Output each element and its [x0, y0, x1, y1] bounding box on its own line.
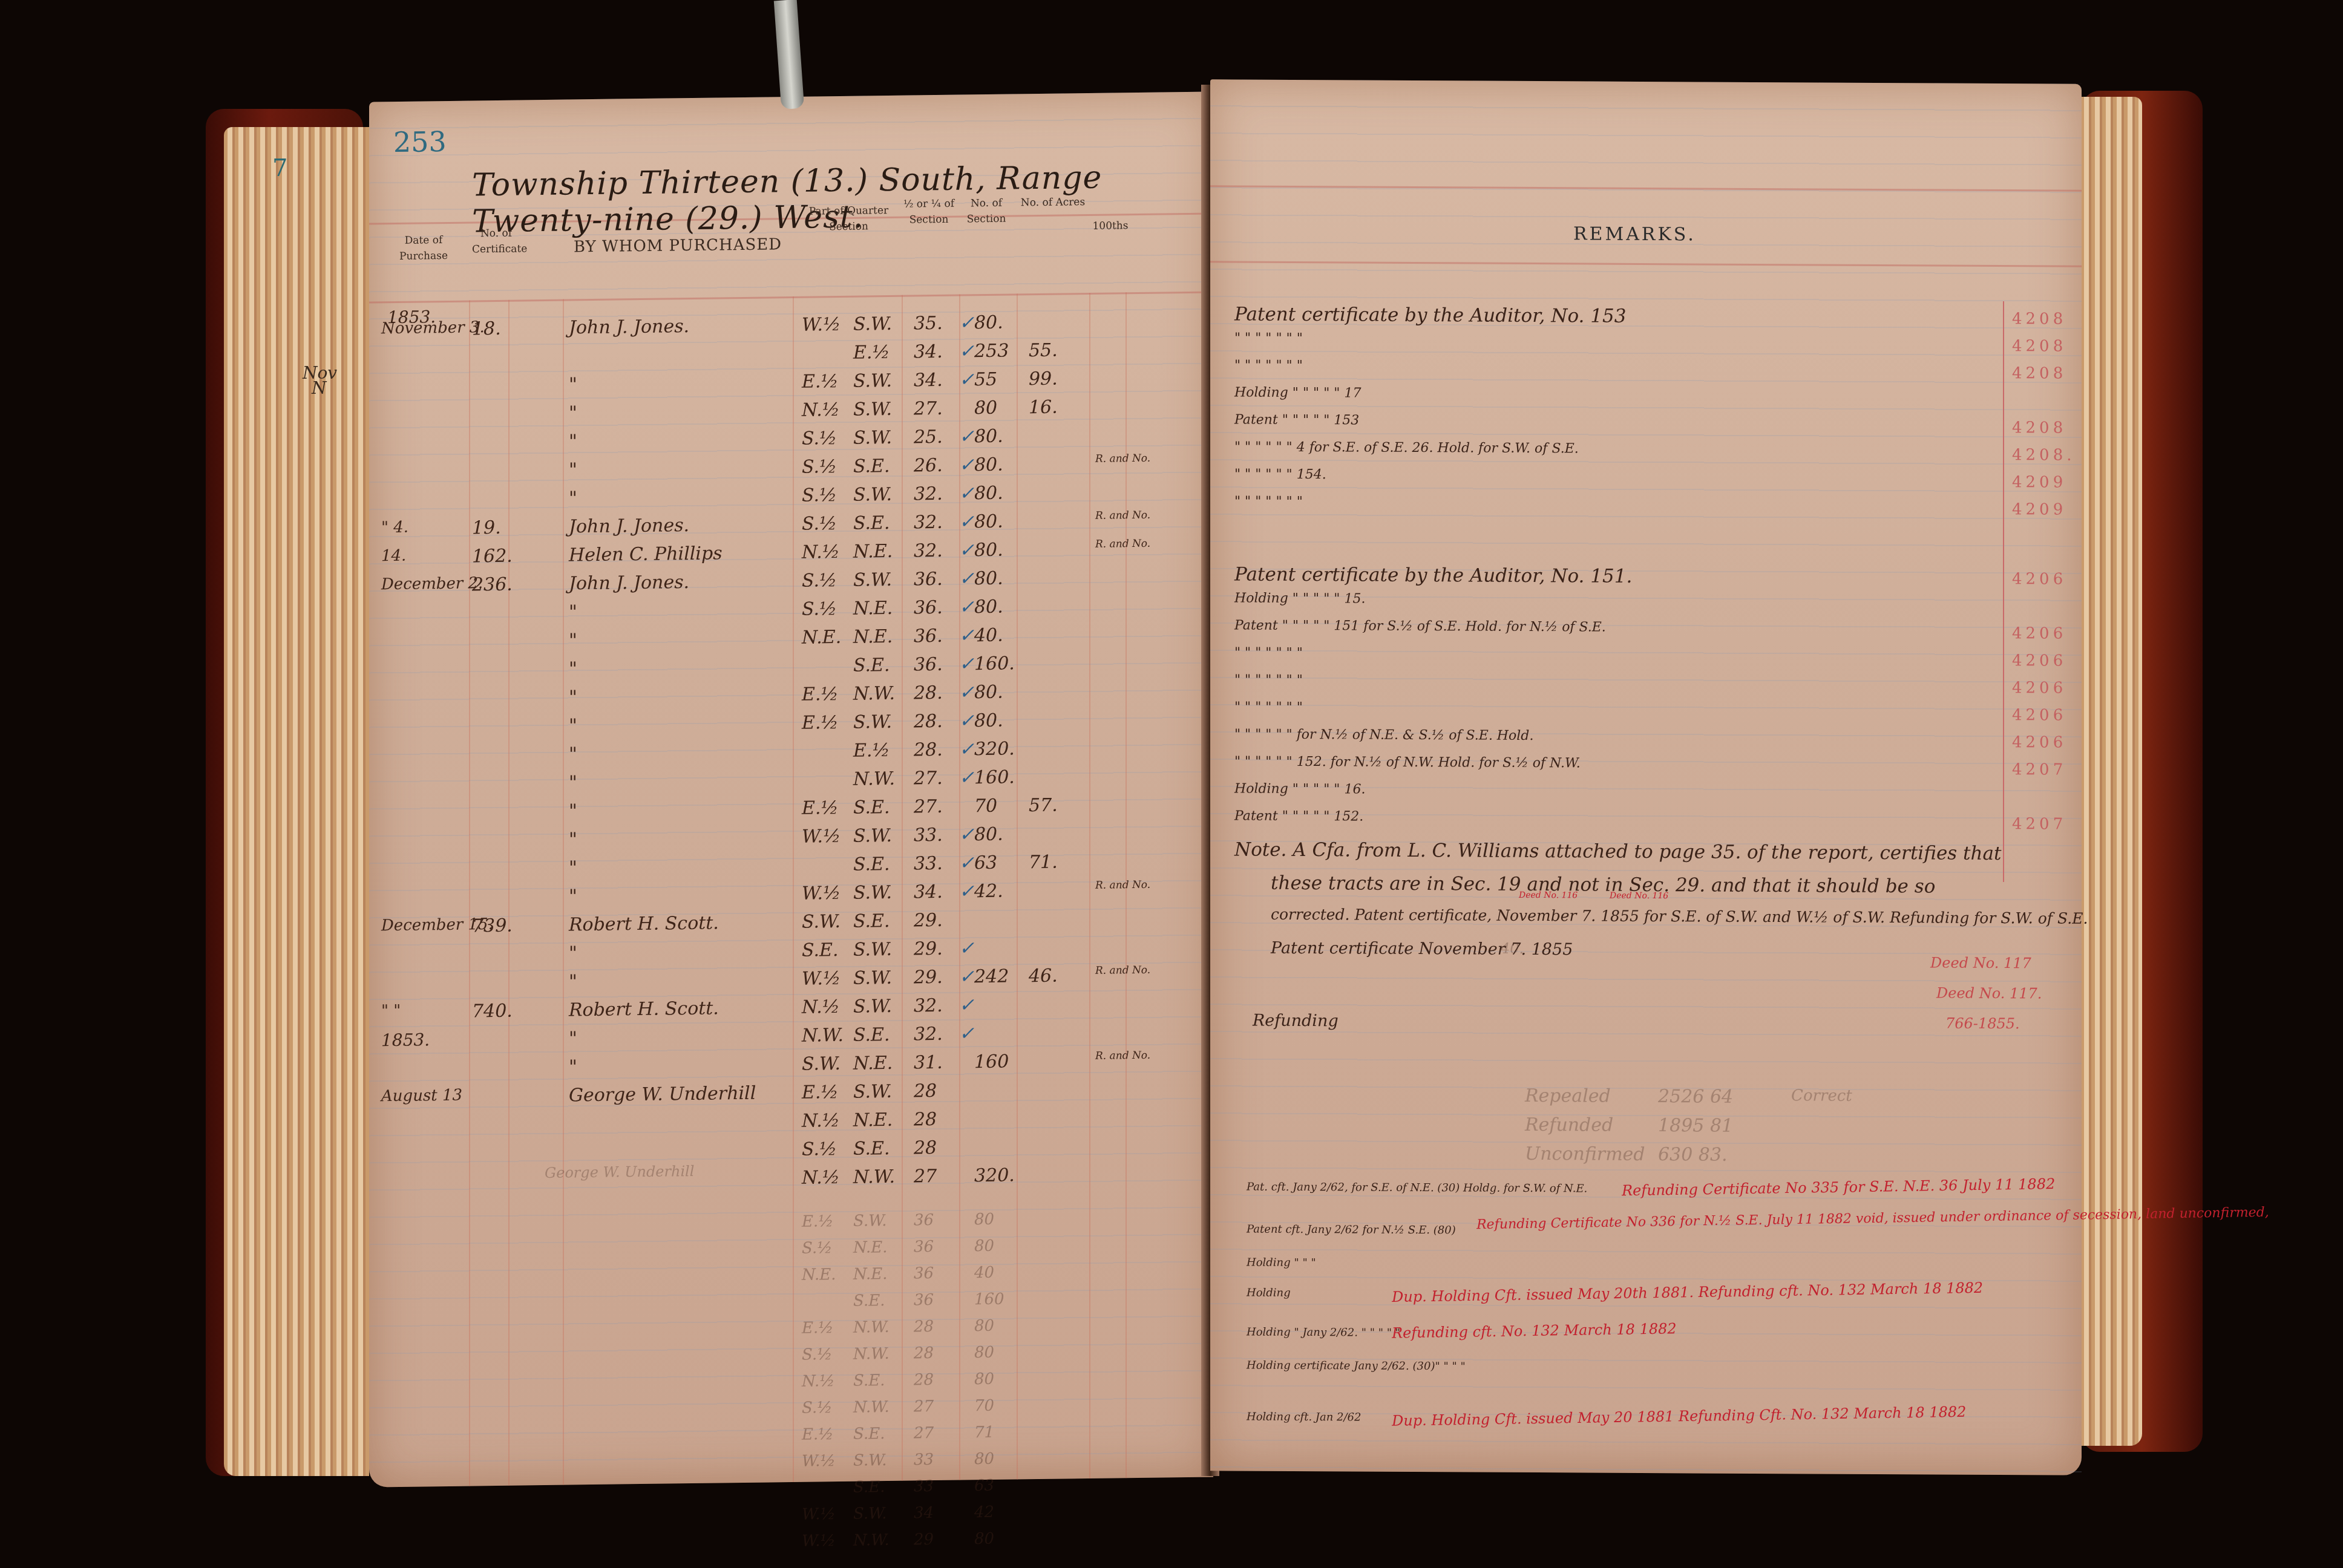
cell-name: John J. Jones.: [569, 515, 689, 537]
cell-part: E.½: [802, 1082, 839, 1103]
col-header-date: Date of Purchase: [384, 233, 463, 265]
cell-name: Helen C. Phillips: [569, 543, 723, 566]
cell-part: S.½: [802, 485, 837, 506]
cell-name: ": [569, 630, 577, 651]
cell-quarter: N.E.: [853, 1053, 893, 1074]
cell-quarter: S.E.: [853, 1292, 885, 1310]
cell-acres: 40.: [974, 625, 1003, 647]
col-header-acres: No. of Acres: [1017, 195, 1089, 211]
cell-quarter: S.E.: [853, 1478, 885, 1497]
metal-bookmark-clip: [774, 0, 804, 109]
cell-quarter: N.W.: [853, 1398, 890, 1417]
cell-quarter: S.E.: [853, 910, 890, 932]
cell-name: ": [569, 829, 577, 850]
cell-quarter: S.W.: [853, 313, 892, 335]
cell-acres: 80.: [974, 426, 1003, 448]
cell-part: N.½: [802, 1372, 835, 1391]
cell-section: 28: [914, 1318, 934, 1336]
col-header-part: Part of Quarter Section: [802, 203, 896, 235]
cell-acres: 70: [974, 1397, 994, 1415]
cell-section: 36: [914, 1291, 934, 1309]
cell-quarter: N.W.: [853, 1318, 890, 1337]
red-annotation: Deed No. 116: [1610, 891, 1668, 901]
cell-part: N.E.: [802, 627, 841, 648]
note-line: these tracts are in Sec. 19 and not in S…: [1271, 872, 1935, 898]
cell-section: 27: [914, 1424, 934, 1442]
auditor-ref: 4208.: [2012, 446, 2075, 465]
cell-check: ✓: [959, 739, 974, 760]
cell-acres: 80: [974, 1237, 994, 1255]
col-header-certificate: No. of Certificate: [472, 226, 520, 257]
col-header-section: No. of Section: [959, 196, 1014, 227]
cell-section: 36.: [914, 654, 943, 676]
cell-section: 33: [914, 1451, 934, 1469]
cell-part: W.½: [802, 1452, 836, 1471]
page-number: 253: [393, 125, 447, 158]
cell-quarter: N.W.: [853, 1345, 890, 1364]
cell-remark: R. and No.: [1095, 509, 1150, 522]
cell-section: 32.: [914, 995, 943, 1017]
cell-quarter: N.E.: [853, 541, 893, 563]
cell-remark: R. and No.: [1095, 538, 1150, 550]
cell-part: E.½: [802, 1319, 833, 1338]
cell-check: ✓: [959, 483, 974, 504]
cell-check: ✓: [959, 511, 974, 532]
total-value: 630 83.: [1658, 1144, 1728, 1166]
cell-section: 32.: [914, 540, 943, 562]
cell-quarter: S.W.: [853, 1504, 887, 1523]
cell-check: ✓: [959, 341, 974, 362]
cell-section: 36.: [914, 626, 943, 647]
cell-cert: 162.: [472, 546, 513, 567]
cell-date: August 13: [381, 1086, 462, 1106]
cell-section: 36: [914, 1211, 934, 1229]
cell-section: 28: [914, 1109, 937, 1130]
cell-acres: 160.: [974, 766, 1015, 788]
cell-acres: 160.: [974, 653, 1015, 675]
cell-acres: 80: [974, 1317, 994, 1335]
cell-check: ✓: [959, 454, 974, 475]
cell-acres: 80: [974, 1370, 994, 1388]
cell-acres: 80.: [974, 540, 1003, 561]
cell-name: John J. Jones.: [569, 316, 689, 338]
cell-section: 28.: [914, 682, 943, 704]
cell-date: " ": [381, 1002, 401, 1020]
remark-line: " " " " " " ": [1234, 330, 1303, 346]
cell-acres: 71: [974, 1423, 994, 1442]
cell-section: 27: [914, 1397, 934, 1416]
cell-quarter: S.E.: [853, 456, 890, 477]
remark-line: Holding " " " " " 15.: [1234, 590, 1365, 606]
cell-section: 36.: [914, 597, 943, 619]
cell-quarter: S.E.: [853, 512, 890, 534]
cell-section: 35.: [914, 313, 943, 335]
cell-check: ✓: [959, 767, 974, 788]
cell-remark: R. and No.: [1095, 452, 1150, 465]
cell-name: ": [569, 743, 577, 765]
cell-quarter: S.W.: [853, 1081, 892, 1103]
faint-entry-name: George W. Underhill: [545, 1163, 694, 1181]
cell-section: 32.: [914, 512, 943, 534]
remark-line: " " " " " " for N.½ of N.E. & S.½ of S.E…: [1234, 727, 1533, 743]
total-tag: Correct: [1791, 1086, 1852, 1105]
cell-section: 29.: [914, 938, 943, 960]
cell-acres: 253: [974, 341, 1009, 362]
cell-part: W.½: [802, 826, 841, 848]
cell-acres: 55: [974, 369, 997, 390]
cell-acres: 63: [974, 1477, 994, 1495]
cell-section: 28.: [914, 711, 943, 733]
cell-acres: 42: [974, 1503, 994, 1521]
cell-section: 25.: [914, 426, 943, 448]
auditor-ref: 4206: [2012, 679, 2066, 697]
cell-date: December 2.: [381, 574, 483, 593]
note-line: Note. A Cfa. from L. C. Williams attache…: [1234, 838, 2001, 864]
cell-section: 34.: [914, 370, 943, 391]
cell-name: ": [569, 772, 577, 793]
cell-cert: 236.: [472, 574, 513, 596]
cell-quarter: N.W.: [853, 768, 895, 790]
cell-quarter: S.W.: [853, 996, 892, 1018]
ledger-page-right: REMARKS. Patent certificate by the Audit…: [1210, 79, 2082, 1475]
cell-acres: 80.: [974, 682, 1003, 704]
cell-hundredths: 46.: [1029, 965, 1058, 987]
deed-ref: 766-1855.: [1945, 1015, 2020, 1033]
auditor-ref: 4207: [2012, 760, 2066, 779]
cell-acres: 80.: [974, 483, 1003, 505]
cell-acres: 40: [974, 1264, 994, 1282]
cell-name: ": [569, 459, 577, 480]
cell-part: S.½: [802, 570, 837, 592]
cell-acres: 80: [974, 1450, 994, 1468]
cell-name: ": [569, 800, 577, 822]
auditor-ref: 4208: [2012, 419, 2066, 437]
cell-name: ": [569, 374, 577, 395]
cell-section: 28.: [914, 739, 943, 761]
cell-acres: 80: [974, 1210, 994, 1229]
cell-quarter: S.W.: [853, 939, 892, 961]
cell-hundredths: 57.: [1029, 795, 1058, 817]
cell-part: N.½: [802, 541, 840, 563]
col-header-hundredths: 100ths: [1089, 218, 1132, 234]
remark-line: " " " " " " ": [1234, 672, 1303, 688]
total-label: Unconfirmed: [1525, 1143, 1645, 1165]
cell-check: ✓: [959, 653, 974, 675]
cell-part: S.½: [802, 513, 837, 535]
remark-line: " " " " " " ": [1234, 645, 1303, 661]
remark-line: Holding " " " " " 16.: [1234, 781, 1365, 797]
cell-cert: 740.: [472, 1001, 513, 1022]
total-label: Repealed: [1525, 1085, 1611, 1107]
remark-line: " " " " " " 152. for N.½ of N.W. Hold. f…: [1234, 754, 1581, 771]
cell-check: ✓: [959, 852, 974, 874]
col-header-half-quarter: ½ or ¼ of Section: [902, 197, 956, 228]
cell-part: N.½: [802, 996, 840, 1018]
cell-acres: 63: [974, 852, 997, 874]
cell-quarter: N.W.: [853, 683, 895, 705]
remark-line: Patent certificate by the Auditor, No. 1…: [1234, 303, 1626, 327]
total-value: 1895 81: [1658, 1115, 1733, 1137]
cell-section: 27.: [914, 796, 943, 818]
cell-acres: 80.: [974, 511, 1003, 533]
remark-line: Patent " " " " " 152.: [1234, 808, 1363, 824]
cell-quarter: S.W.: [853, 967, 892, 989]
cell-part: E.½: [802, 797, 839, 819]
cell-hundredths: 71.: [1029, 852, 1058, 874]
cell-name: George W. Underhill: [569, 1083, 756, 1106]
cell-part: W.½: [802, 1532, 836, 1550]
cell-acres: 160: [974, 1290, 1004, 1309]
cell-section: 27: [914, 1166, 937, 1187]
cell-quarter: S.W.: [853, 1451, 887, 1470]
auditor-ref: 4207: [2012, 815, 2066, 833]
cell-acres: 80.: [974, 454, 1003, 476]
cell-acres: 80.: [974, 568, 1003, 590]
cell-quarter: S.W.: [853, 370, 892, 392]
cell-section: 29.: [914, 910, 943, 932]
cell-cert: 18.: [472, 318, 501, 340]
cell-quarter: N.E.: [853, 1109, 893, 1131]
cell-cert: 19.: [472, 517, 501, 539]
cell-part: W.½: [802, 1505, 836, 1524]
cell-section: 28: [914, 1344, 934, 1362]
cell-part: N.½: [802, 1110, 840, 1132]
cell-name: ": [569, 431, 577, 452]
cell-part: N.E.: [802, 1266, 836, 1284]
cell-quarter: E.½: [853, 740, 890, 762]
cell-acres: 160: [974, 1051, 1009, 1073]
cell-quarter: S.E.: [853, 1425, 885, 1443]
cell-quarter: S.E.: [853, 1024, 890, 1046]
total-value: 2526 64: [1658, 1086, 1733, 1108]
cell-section: 28: [914, 1080, 937, 1102]
cell-part: E.½: [802, 1425, 833, 1444]
remark-line: Patent " " " " " 153: [1234, 412, 1359, 428]
cell-acres: 320.: [974, 1165, 1015, 1186]
cell-hundredths: 55.: [1029, 340, 1058, 362]
remark-line: " " " " " " 154.: [1234, 466, 1326, 482]
reference-column-rule: [2003, 301, 2004, 882]
red-annotation: Deed No. 116: [1519, 890, 1578, 901]
cell-part: S.W.: [802, 911, 841, 933]
col-header-purchaser: BY WHOM PURCHASED: [569, 233, 787, 259]
cell-name: ": [569, 715, 577, 736]
cell-part: W.½: [802, 968, 841, 990]
cell-check: ✓: [959, 966, 974, 987]
remark-line: " " " " " " ": [1234, 494, 1303, 509]
auditor-ref: 4208: [2012, 364, 2066, 382]
cell-name: ": [569, 488, 577, 509]
cell-section: 26.: [914, 455, 943, 477]
cell-section: 29.: [914, 967, 943, 988]
cell-date: " 4.: [381, 518, 408, 537]
cell-acres: 320.: [974, 738, 1015, 760]
cell-check: ✓: [959, 625, 974, 646]
cell-quarter: N.E.: [853, 626, 893, 648]
cell-part: S.½: [802, 456, 837, 478]
cell-remark: R. and No.: [1095, 1050, 1150, 1062]
lower-entry-black: Holding " " ": [1247, 1256, 1316, 1270]
cell-name: ": [569, 857, 577, 878]
lower-entry-black: Holding cft. Jan 2/62: [1247, 1411, 1362, 1424]
cell-section: 32.: [914, 483, 943, 505]
total-label: Refunded: [1525, 1114, 1613, 1136]
cell-part: N.W.: [802, 1025, 844, 1047]
cell-name: ": [569, 1028, 577, 1049]
cell-check: ✓: [959, 568, 974, 589]
cell-acres: 80: [974, 1344, 994, 1362]
cell-name: ": [569, 971, 577, 992]
cell-quarter: N.W.: [853, 1166, 895, 1188]
cell-name: ": [569, 1056, 577, 1077]
remark-line: " " " " " " ": [1234, 358, 1303, 373]
cell-section: 27.: [914, 768, 943, 789]
cell-quarter: S.W.: [853, 711, 892, 733]
lower-entry-black: Pat. cft. Jany 2/62, for S.E. of N.E. (3…: [1247, 1181, 1587, 1195]
cell-section: 33: [914, 1477, 934, 1495]
auditor-ref: 4208: [2012, 337, 2066, 355]
cell-section: 34: [914, 1504, 934, 1522]
cell-part: S.½: [802, 1239, 832, 1258]
cell-date: 14.: [381, 547, 406, 566]
cell-check: ✓: [959, 596, 974, 618]
remark-line: Holding " " " " " 17: [1234, 385, 1361, 400]
cell-part: S.E.: [802, 939, 838, 961]
auditor-ref: 4206: [2012, 652, 2066, 670]
cell-quarter: N.E.: [853, 1238, 888, 1257]
cell-check: ✓: [959, 824, 974, 845]
cell-part: W.½: [802, 883, 841, 904]
cell-acres: 80: [974, 397, 997, 419]
cell-part: W.½: [802, 314, 841, 336]
cell-acres: 242: [974, 966, 1009, 988]
auditor-ref: 4206: [2012, 733, 2066, 751]
cell-acres: 42.: [974, 881, 1003, 903]
cell-check: ✓: [959, 540, 974, 561]
cell-check: ✓: [959, 1023, 974, 1044]
faint-note: 40.: [1501, 940, 1524, 957]
cell-section: 34.: [914, 341, 943, 363]
cell-quarter: N.E.: [853, 598, 893, 619]
cell-quarter: S.E.: [853, 854, 890, 875]
cell-section: 34.: [914, 881, 943, 903]
cell-part: N.½: [802, 1167, 840, 1189]
cell-part: S.½: [802, 598, 837, 620]
auditor-ref: 4206: [2012, 706, 2066, 724]
auditor-ref: 4209: [2012, 473, 2066, 491]
cell-date: November 3.: [381, 318, 485, 338]
remark-line: Patent certificate by the Auditor, No. 1…: [1234, 563, 1632, 587]
cell-check: ✓: [959, 710, 974, 731]
cell-section: 31.: [914, 1052, 943, 1074]
cell-check: ✓: [959, 995, 974, 1016]
cell-name: John J. Jones.: [569, 572, 689, 594]
remark-line: Patent " " " " " 151 for S.½ of S.E. Hol…: [1234, 618, 1606, 635]
cell-remark: R. and No.: [1095, 964, 1150, 977]
cell-hundredths: 99.: [1029, 368, 1058, 390]
cell-name: ": [569, 402, 577, 423]
cell-quarter: E.½: [853, 342, 890, 364]
cell-name: Robert H. Scott.: [569, 912, 719, 935]
auditor-ref: 4208: [2012, 310, 2066, 328]
cell-quarter: S.E.: [853, 1371, 885, 1390]
cell-quarter: S.W.: [853, 427, 892, 449]
cell-quarter: S.E.: [853, 1138, 890, 1160]
cell-name: ": [569, 687, 577, 708]
cell-section: 27.: [914, 398, 943, 420]
page-edges-left: [224, 127, 369, 1476]
cell-section: 29: [914, 1530, 934, 1549]
cell-quarter: S.W.: [853, 882, 892, 904]
cell-section: 28: [914, 1137, 937, 1158]
cell-part: E.½: [802, 371, 839, 393]
ledger-page-left: 253 Township Thirteen (13.) South, Range…: [369, 91, 1213, 1487]
cell-acres: 70: [974, 795, 997, 817]
cell-name: ": [569, 601, 577, 622]
cell-quarter: S.E.: [853, 797, 890, 818]
cell-section: 33.: [914, 853, 943, 875]
cell-section: 36: [914, 1238, 934, 1256]
remark-line: " " " " " " ": [1234, 699, 1303, 715]
cell-section: 32.: [914, 1024, 943, 1045]
cell-name: ": [569, 658, 577, 679]
ruled-lines: [1210, 79, 2082, 1475]
cell-hundredths: 16.: [1029, 397, 1058, 419]
cell-section: 28: [914, 1371, 934, 1389]
edge-tab-number: 7: [272, 154, 287, 182]
lower-entry-black: Holding certificate Jany 2/62. (30)" " "…: [1247, 1359, 1466, 1373]
lower-entry-black: Patent cft. Jany 2/62 for N.½ S.E. (80): [1247, 1223, 1456, 1237]
refunding-label: Refunding: [1253, 1011, 1339, 1031]
cell-section: 36.: [914, 569, 943, 590]
cell-quarter: N.E.: [853, 1265, 888, 1284]
auditor-ref: 4209: [2012, 500, 2066, 518]
cell-quarter: S.W.: [853, 825, 892, 847]
cell-quarter: S.W.: [853, 569, 892, 591]
cell-part: E.½: [802, 1212, 833, 1231]
cell-quarter: N.W.: [853, 1531, 890, 1550]
deed-ref: Deed No. 117.: [1936, 985, 2042, 1002]
cell-part: S.½: [802, 1399, 832, 1417]
cell-quarter: S.W.: [853, 399, 892, 420]
cell-section: 33.: [914, 825, 943, 846]
cell-remark: R. and No.: [1095, 879, 1150, 892]
note-line: Patent certificate November 7. 1855: [1271, 939, 1573, 959]
cell-quarter: S.W.: [853, 484, 892, 506]
cell-section: 36: [914, 1264, 934, 1282]
deed-ref: Deed No. 117: [1930, 954, 2031, 972]
cell-check: ✓: [959, 369, 974, 390]
cell-check: ✓: [959, 426, 974, 447]
cell-acres: 80.: [974, 312, 1003, 334]
cell-part: E.½: [802, 684, 839, 705]
cell-check: ✓: [959, 881, 974, 902]
cell-part: S.½: [802, 1345, 832, 1364]
cell-check: ✓: [959, 312, 974, 333]
cell-part: E.½: [802, 712, 839, 734]
cell-part: S.W.: [802, 1053, 841, 1075]
cell-name: ": [569, 886, 577, 907]
lower-entry-black: Holding " Jany 2/62. " " " " ": [1247, 1326, 1400, 1339]
auditor-ref: 4206: [2012, 624, 2066, 642]
cell-acres: 80.: [974, 710, 1003, 732]
remarks-header: REMARKS.: [1573, 223, 1696, 245]
cell-part: N.½: [802, 399, 840, 421]
cell-quarter: S.E.: [853, 655, 890, 676]
auditor-ref: 4206: [2012, 570, 2066, 588]
cell-cert: 739.: [472, 915, 513, 937]
cell-quarter: S.W.: [853, 1212, 887, 1230]
